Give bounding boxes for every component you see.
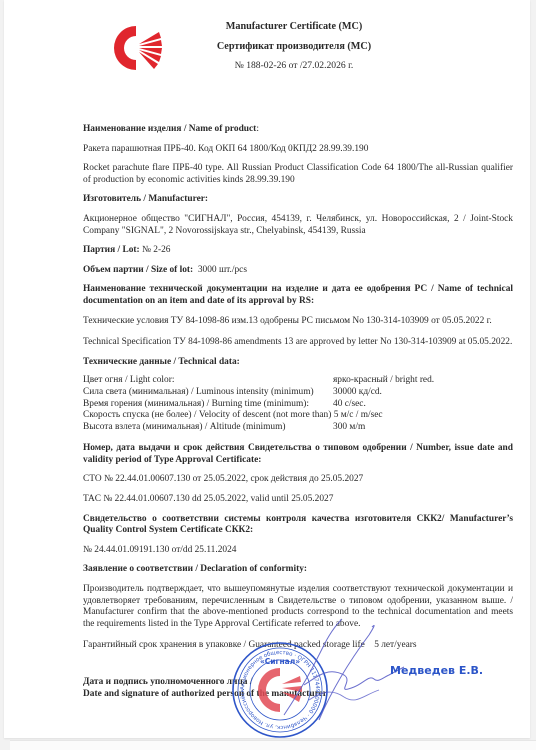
type-approval-ru: СТО № 22.44.01.00607.130 от 25.05.2022, … (83, 474, 513, 486)
product-en: Rocket parachute flare ПРБ-40 type. All … (83, 163, 513, 186)
tech-data-row: Скорость спуска (не более) / Velocity of… (83, 410, 513, 422)
tech-data-row: Высота взлета (минимальная) / Altitude (… (83, 422, 513, 434)
tech-doc-ru: Технические условия ТУ 84-1098-86 изм.13… (83, 316, 513, 328)
manufacturer-heading: Изготовитель / Manufacturer: (83, 194, 513, 206)
tech-doc-en: Technical Specification ТУ 84-1098-86 am… (83, 337, 513, 349)
certificate-number: № 188-02-26 от /27.02.2026 г. (154, 60, 434, 71)
manufacturer-text: Акционерное общество "СИГНАЛ", Россия, 4… (83, 214, 513, 237)
tech-data-heading: Технические данные / Technical data: (83, 357, 513, 369)
tech-data-row: Время горения (минимальная) / Burning ti… (83, 399, 513, 411)
certificate-page: Manufacturer Certificate (MC) Сертификат… (4, 0, 530, 738)
lot-size-line: Объем партии / Size of lot: 3000 шт./pcs (83, 265, 513, 277)
product-heading: Наименование изделия / Name of product: (83, 124, 513, 136)
tech-data-row: Сила света (минимальная) / Luminous inte… (83, 387, 513, 399)
tech-data-table: Цвет огня / Light color:ярко-красный / b… (83, 375, 513, 433)
conformity-heading: Заявление о соответствии / Declaration o… (83, 564, 513, 576)
lot-value: № 2-26 (142, 245, 170, 255)
handwritten-signature-icon (264, 605, 409, 725)
page-bottom-edge (10, 740, 536, 750)
certificate-body: Наименование изделия / Name of product: … (83, 96, 513, 652)
lot-line: Партия / Lot: № 2-26 (83, 245, 513, 257)
title-ru: Сертификат производителя (МС) (154, 41, 434, 52)
signer-name: Медведев Е.В. (390, 664, 483, 677)
product-ru: Ракета парашютная ПРБ-40. Код ОКП 64 180… (83, 144, 513, 156)
title-en: Manufacturer Certificate (MC) (154, 21, 434, 32)
quality-heading: Свидетельство о соответствии системы кон… (83, 514, 513, 537)
quality-text: № 24.44.01.09191.130 от/dd 25.11.2024 (83, 545, 513, 557)
type-approval-en: TAC № 22.44.01.00607.130 dd 25.05.2022, … (83, 494, 513, 506)
lot-size-value: 3000 шт./pcs (198, 265, 247, 275)
type-approval-heading: Номер, дата выдачи и срок действия Свиде… (83, 443, 513, 466)
tech-doc-heading: Наименование технической документации на… (83, 284, 513, 307)
certificate-header: Manufacturer Certificate (MC) Сертификат… (154, 15, 434, 71)
tech-data-row: Цвет огня / Light color:ярко-красный / b… (83, 375, 513, 387)
